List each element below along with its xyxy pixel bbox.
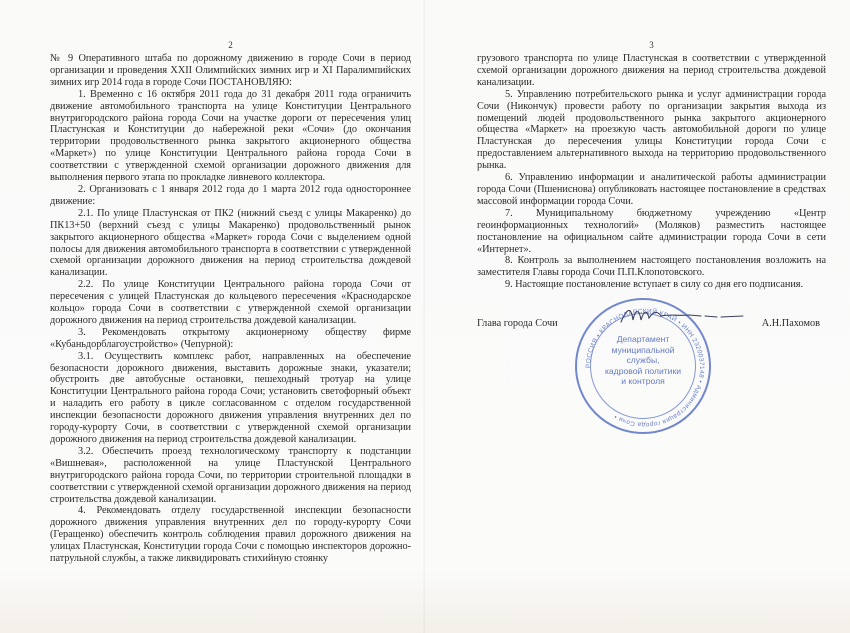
- paragraph-7: 7. Муниципальному бюджетному учреждению …: [477, 208, 826, 256]
- paragraph-6: 6. Управлению информации и аналитической…: [477, 172, 826, 208]
- page-2: 2 № 9 Оперативного штаба по дорожному дв…: [0, 0, 425, 633]
- paragraph-2: 2. Организовать с 1 января 2012 года до …: [50, 184, 411, 208]
- stamp-line: кадровой политики: [577, 366, 709, 377]
- paragraph-5: 5. Управлению потребительского рынка и у…: [477, 89, 826, 172]
- paragraph-2-2: 2.2. По улице Конституции Центрального р…: [50, 279, 411, 327]
- paragraph-2-1: 2.1. По улице Пластунская от ПК2 (нижний…: [50, 208, 411, 279]
- paragraph-3-1: 3.1. Осуществить комплекс работ, направл…: [50, 351, 411, 446]
- paragraph-intro: № 9 Оперативного штаба по дорожному движ…: [50, 53, 411, 89]
- paragraph-3: 3. Рекомендовать открытому акционерному …: [50, 327, 411, 351]
- page-3: 3 грузового транспорта по улице Пластунс…: [425, 0, 850, 633]
- paragraph-continued: грузового транспорта по улице Пластунска…: [477, 53, 826, 89]
- signatory-name: А.Н.Пахомов: [762, 318, 820, 329]
- stamp-center-text: Департамент муниципальной службы, кадров…: [577, 334, 709, 387]
- signature-block: Глава города Сочи А.Н.Пахомов РОССИЯ • К…: [477, 318, 826, 329]
- paragraph-3-2: 3.2. Обеспечить проезд технологическому …: [50, 446, 411, 506]
- signatory-title: Глава города Сочи: [477, 318, 558, 329]
- stamp-line: Департамент: [577, 334, 709, 345]
- paragraph-8: 8. Контроль за выполнением настоящего по…: [477, 255, 826, 279]
- stamp-line: муниципальной: [577, 345, 709, 356]
- page-number: 3: [477, 40, 826, 50]
- paragraph-4: 4. Рекомендовать отделу государственной …: [50, 505, 411, 565]
- stamp-line: и контроля: [577, 376, 709, 387]
- stamp-line: службы,: [577, 355, 709, 366]
- paragraph-9: 9. Настоящие постановление вступает в си…: [477, 279, 826, 291]
- page-number: 2: [50, 40, 411, 50]
- paragraph-1: 1. Временно с 16 октября 2011 года до 31…: [50, 89, 411, 184]
- document-spread: 2 № 9 Оперативного штаба по дорожному дв…: [0, 0, 850, 633]
- handwritten-signature-icon: [617, 304, 747, 328]
